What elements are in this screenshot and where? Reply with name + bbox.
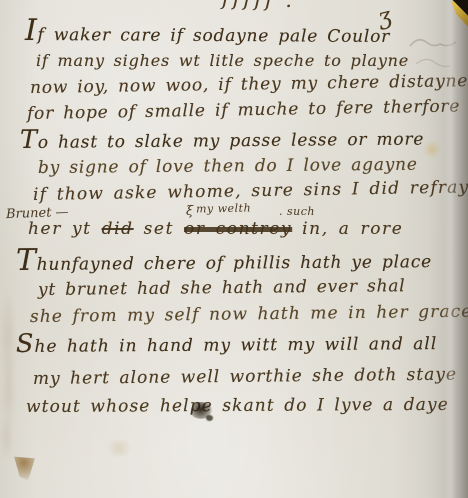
poem-line-8: her yt did set or contrey in, a rore [28, 218, 403, 240]
line8-text: her yt [28, 219, 102, 239]
ink-blot-small [206, 415, 213, 421]
top-edge-cropped-inscription: ſſſſſ . [222, 0, 296, 12]
line8-text: in, a rore [292, 219, 403, 239]
caret-mark: ξ [186, 204, 193, 219]
poem-line-6: by signe of love then do I love agayne [38, 154, 418, 179]
poem-line-9: Thunfayned chere of phillis hath ye plac… [16, 247, 432, 272]
line8-struck-word: did [102, 219, 134, 239]
poem-line-1: If waker care if sodayne pale Coulor [25, 20, 390, 44]
poem-line-10: yt brunet had she hath and ever shal [38, 275, 406, 301]
poem-line-4: for hope of smalle if muche to fere ther… [27, 95, 461, 125]
poem-line-11: she from my self now hath me in her grac… [30, 301, 468, 328]
poem-line-2: if many sighes wt litle speche to playne [36, 50, 409, 72]
poem-line-3: now ioy, now woo, if they my chere dista… [30, 70, 468, 99]
manuscript-page: ſſſſſ . If waker care if sodayne pale Co… [0, 0, 468, 498]
stain-bottom-left [12, 453, 38, 483]
bleed-through-mark [1, 415, 12, 460]
line8-text: set [134, 219, 184, 239]
poem-line-13: my hert alone well worthie she doth stay… [33, 364, 457, 390]
stain-bottom-faint [104, 440, 134, 456]
interlinear-insertion-my-welth: my welth [196, 202, 251, 216]
page-edge-shadow [428, 0, 468, 498]
interlinear-insertion-such: . such [279, 205, 315, 218]
poem-line-14: wtout whose helpe skant do I lyve a daye [26, 394, 449, 418]
poem-line-5: To hast to slake my passe lesse or more [20, 125, 424, 151]
line8-scribbled-out-words: or contrey [184, 219, 292, 239]
poem-line-12: She hath in hand my witt my will and all [16, 330, 437, 355]
